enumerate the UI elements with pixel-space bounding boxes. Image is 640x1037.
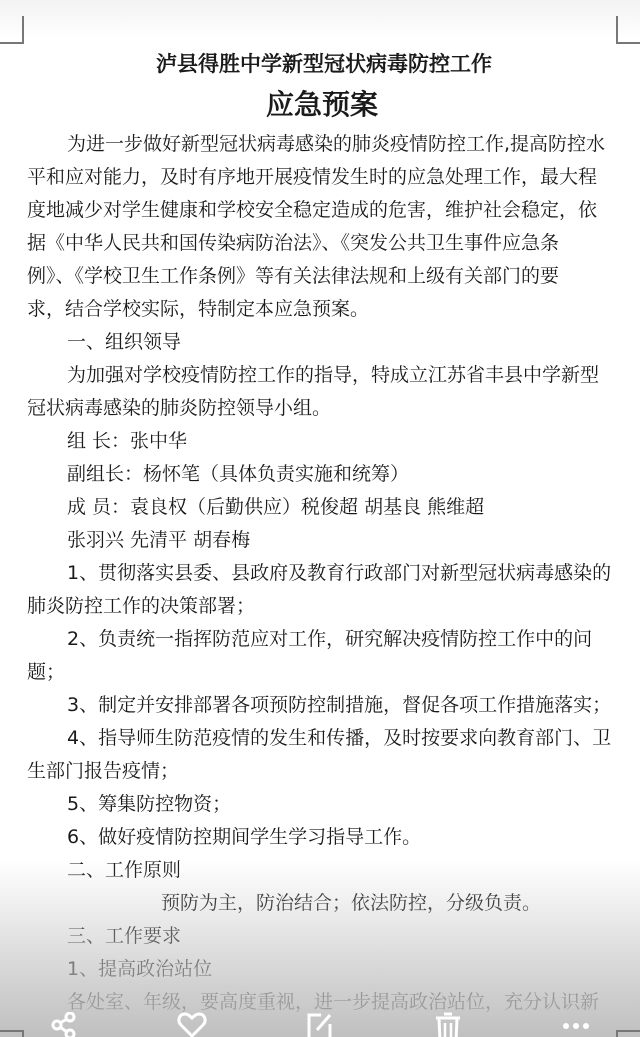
- page-corner-mark: [0, 16, 24, 44]
- paragraph-line: 3、制定并安排部署各项预防控制措施，督促各项工作措施落实；: [27, 689, 617, 722]
- share-button[interactable]: [44, 1012, 84, 1037]
- paragraph-line: 二、工作原则: [27, 854, 617, 887]
- paragraph-line: 6、做好疫情防控期间学生学习指导工作。: [27, 821, 617, 854]
- paragraph-line: 成 员：袁良权（后勤供应）税俊超 胡基良 熊维超: [27, 491, 617, 524]
- paragraph-line: 题；: [27, 656, 617, 689]
- edit-icon: [306, 1012, 334, 1037]
- more-button[interactable]: [556, 1012, 596, 1037]
- page-corner-mark: [616, 16, 640, 44]
- trash-icon: [434, 1012, 462, 1037]
- document-title: 泸县得胜中学新型冠状病毒防控工作: [31, 44, 617, 84]
- delete-button[interactable]: [428, 1012, 468, 1037]
- paragraph-line: 肺炎防控工作的决策部署；: [27, 590, 617, 623]
- paragraph-line: 度地减少对学生健康和学校安全稳定造成的危害，维护社会稳定，依: [27, 194, 617, 227]
- heart-icon: [177, 1012, 207, 1037]
- paragraph-line: 据《中华人民共和国传染病防治法》、《突发公共卫生事件应急条: [27, 227, 617, 260]
- paragraph-line: 生部门报告疫情；: [27, 755, 617, 788]
- paragraph-line: 例》、《学校卫生工作条例》等有关法律法规和上级有关部门的要: [27, 260, 617, 293]
- edit-button[interactable]: [300, 1012, 340, 1037]
- paragraph-line: 2、负责统一指挥防范应对工作，研究解决疫情防控工作中的问: [27, 623, 617, 656]
- more-icon: [562, 1012, 590, 1037]
- favorite-button[interactable]: [172, 1012, 212, 1037]
- paragraph-line: 预防为主，防治结合；依法防控，分级负责。: [27, 887, 617, 920]
- paragraph-line: 组 长：张中华: [27, 425, 617, 458]
- paragraph-line: 5、筹集防控物资；: [27, 788, 617, 821]
- paragraph-line: 冠状病毒感染的肺炎防控领导小组。: [27, 392, 617, 425]
- paragraph-line: 1、贯彻落实县委、县政府及教育行政部门对新型冠状病毒感染的: [27, 557, 617, 590]
- paragraph-line: 三、工作要求: [27, 920, 617, 953]
- paragraph-line: 1、提高政治站位: [27, 953, 617, 986]
- paragraph-line: 一、组织领导: [27, 326, 617, 359]
- paragraph-line: 副组长：杨怀笔（具体负责实施和统筹）: [27, 458, 617, 491]
- document-page: 泸县得胜中学新型冠状病毒防控工作 应急预案 为进一步做好新型冠状病毒感染的肺炎疫…: [27, 44, 617, 1019]
- document-body: 为进一步做好新型冠状病毒感染的肺炎疫情防控工作,提高防控水平和应对能力，及时有序…: [27, 128, 617, 1019]
- bottom-toolbar: [0, 1012, 640, 1037]
- document-subtitle: 应急预案: [27, 82, 617, 128]
- paragraph-line: 4、指导师生防范疫情的发生和传播，及时按要求向教育部门、卫: [27, 722, 617, 755]
- paragraph-line: 张羽兴 先清平 胡春梅: [27, 524, 617, 557]
- paragraph-line: 求，结合学校实际，特制定本应急预案。: [27, 293, 617, 326]
- share-icon: [50, 1012, 78, 1037]
- top-shade: [0, 0, 640, 40]
- paragraph-line: 平和应对能力，及时有序地开展疫情发生时的应急处理工作，最大程: [27, 161, 617, 194]
- paragraph-line: 为加强对学校疫情防控工作的指导，特成立江苏省丰县中学新型: [27, 359, 617, 392]
- paragraph-line: 为进一步做好新型冠状病毒感染的肺炎疫情防控工作,提高防控水: [27, 128, 617, 161]
